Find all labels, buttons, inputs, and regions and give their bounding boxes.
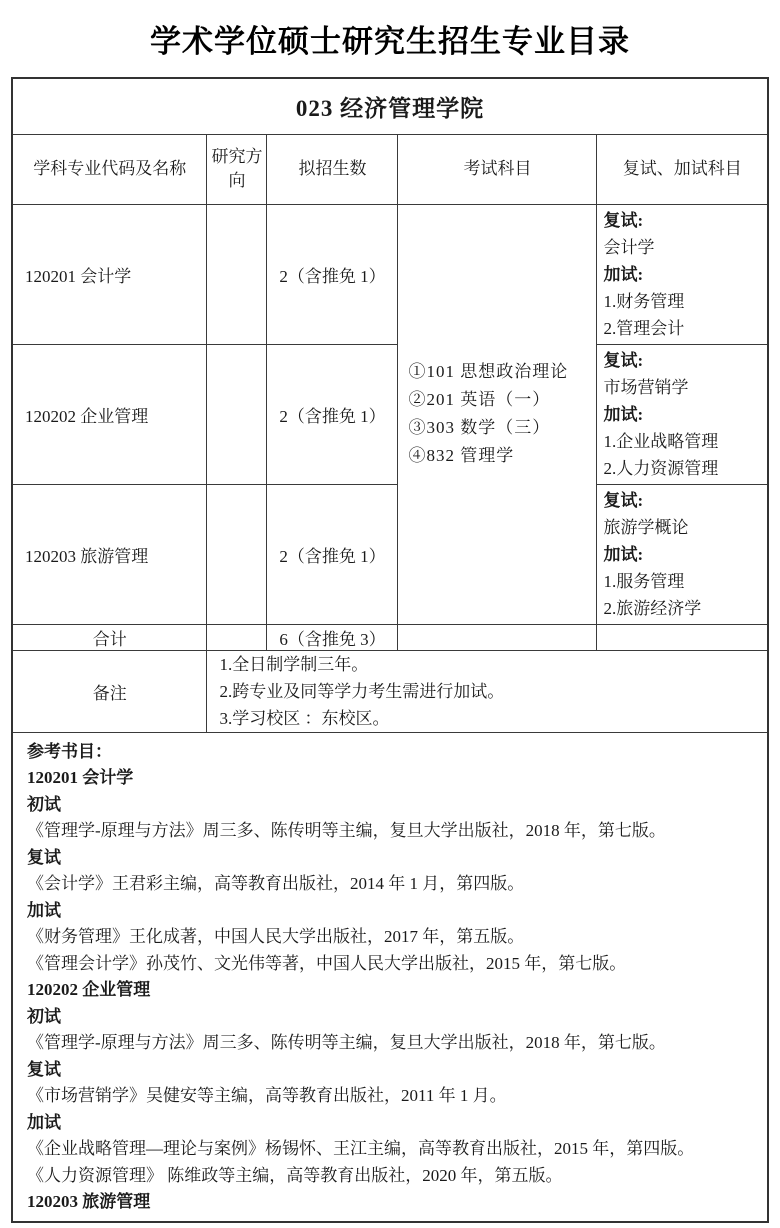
remarks-content: 1.全日制学制三年。 2.跨专业及同等学力考生需进行加试。 3.学习校区 ：东校… [207,650,768,732]
retest-label: 复试: [603,207,761,234]
table-row-120203: 120203 旅游管理 2（含推免 1） 复试: 旅游学概论 加试: 1.服务管… [12,484,768,624]
exam-subject-line: ④832 管理学 [408,442,596,470]
program-code-cell: 120202 企业管理 [12,344,207,484]
reference-line: 120203 旅游管理 [27,1189,753,1216]
remark-line: 1.全日制学制三年。 [219,651,767,678]
retest-addtest-cell: 复试: 旅游学概论 加试: 1.服务管理 2.旅游经济学 [597,484,768,624]
reference-line: 参考书目： [27,739,753,766]
column-header-direction: 研究方向 [207,134,267,204]
exam-subject-line: ①101 思想政治理论 [408,358,596,386]
program-code-cell: 120203 旅游管理 [12,484,207,624]
reference-line: 《管理会计学》孙茂竹、文光伟等著，中国人民大学出版社，2015 年，第七版。 [27,951,753,978]
reference-line: 《市场营销学》吴健安等主编，高等教育出版社，2011 年 1 月。 [27,1083,753,1110]
reference-line: 初试 [27,792,753,819]
exam-subject-line: ③303 数学（三） [408,414,596,442]
enrollment-cell: 2（含推免 1） [267,344,398,484]
program-code-cell: 120201 会计学 [12,204,207,344]
reference-line: 《会计学》王君彩主编，高等教育出版社，2014 年 1 月，第四版。 [27,871,753,898]
column-header-code: 学科专业代码及名称 [12,134,207,204]
exam-subject-line: ②201 英语（一） [408,386,596,414]
reference-line: 《人力资源管理》 陈维政等主编，高等教育出版社，2020 年，第五版。 [27,1163,753,1190]
college-header-row: 023 经济管理学院 [12,78,768,134]
table-row-120201: 120201 会计学 2（含推免 1） ①101 思想政治理论 ②201 英语（… [12,204,768,344]
remark-line: 2.跨专业及同等学力考生需进行加试。 [219,678,767,705]
total-row: 合计 6（含推免 3） [12,624,768,650]
total-label: 合计 [12,624,207,650]
column-header-exam-subjects: 考试科目 [398,134,597,204]
college-header: 023 经济管理学院 [12,78,768,134]
reference-line: 《管理学-原理与方法》周三多、陈传明等主编，复旦大学出版社，2018 年，第七版… [27,818,753,845]
column-header-enrollment: 拟招生数 [267,134,398,204]
references-section: 参考书目：120201 会计学初试《管理学-原理与方法》周三多、陈传明等主编，复… [12,732,768,1222]
reference-line: 加试 [27,898,753,925]
retest-label: 复试: [603,487,761,514]
research-direction-cell [207,344,267,484]
column-header-retest-subjects: 复试、加试科目 [597,134,768,204]
total-exam-cell [398,624,597,650]
total-direction-cell [207,624,267,650]
reference-line: 《企业战略管理—理论与案例》杨锡怀、王江主编，高等教育出版社，2015 年，第四… [27,1136,753,1163]
research-direction-cell [207,484,267,624]
retest-item: 市场营销学 [603,374,761,401]
total-retest-cell [597,624,768,650]
retest-item: 旅游学概论 [603,514,761,541]
addtest-item: 2.管理会计 [603,315,761,342]
reference-line: 120201 会计学 [27,765,753,792]
remark-line: 3.学习校区 ：东校区。 [219,705,767,732]
research-direction-cell [207,204,267,344]
addtest-label: 加试: [603,261,761,288]
reference-line: 复试 [27,845,753,872]
references-list: 参考书目：120201 会计学初试《管理学-原理与方法》周三多、陈传明等主编，复… [27,739,753,1216]
addtest-item: 2.旅游经济学 [603,595,761,622]
retest-addtest-cell: 复试: 会计学 加试: 1.财务管理 2.管理会计 [597,204,768,344]
retest-addtest-cell: 复试: 市场营销学 加试: 1.企业战略管理 2.人力资源管理 [597,344,768,484]
addtest-label: 加试: [603,401,761,428]
total-enrollment: 6（含推免 3） [267,624,398,650]
addtest-label: 加试: [603,541,761,568]
addtest-item: 1.企业战略管理 [603,428,761,455]
addtest-item: 1.服务管理 [603,568,761,595]
admission-catalog-table: 023 经济管理学院 学科专业代码及名称 研究方向 拟招生数 考试科目 复试、加… [11,77,769,1223]
table-row-120202: 120202 企业管理 2（含推免 1） 复试: 市场营销学 加试: 1.企业战… [12,344,768,484]
addtest-item: 1.财务管理 [603,288,761,315]
reference-line: 《管理学-原理与方法》周三多、陈传明等主编，复旦大学出版社，2018 年，第七版… [27,1030,753,1057]
remarks-row: 备注 1.全日制学制三年。 2.跨专业及同等学力考生需进行加试。 3.学习校区 … [12,650,768,732]
remarks-label: 备注 [12,650,207,732]
retest-item: 会计学 [603,234,761,261]
column-header-row: 学科专业代码及名称 研究方向 拟招生数 考试科目 复试、加试科目 [12,134,768,204]
references-row: 参考书目：120201 会计学初试《管理学-原理与方法》周三多、陈传明等主编，复… [12,732,768,1222]
addtest-item: 2.人力资源管理 [603,455,761,482]
reference-line: 加试 [27,1110,753,1137]
exam-subjects-cell: ①101 思想政治理论 ②201 英语（一） ③303 数学（三） ④832 管… [398,204,597,624]
enrollment-cell: 2（含推免 1） [267,204,398,344]
reference-line: 120202 企业管理 [27,977,753,1004]
reference-line: 复试 [27,1057,753,1084]
reference-line: 《财务管理》王化成著，中国人民大学出版社，2017 年，第五版。 [27,924,753,951]
retest-label: 复试: [603,347,761,374]
enrollment-cell: 2（含推免 1） [267,484,398,624]
page-title: 学术学位硕士研究生招生专业目录 [0,16,780,58]
reference-line: 初试 [27,1004,753,1031]
